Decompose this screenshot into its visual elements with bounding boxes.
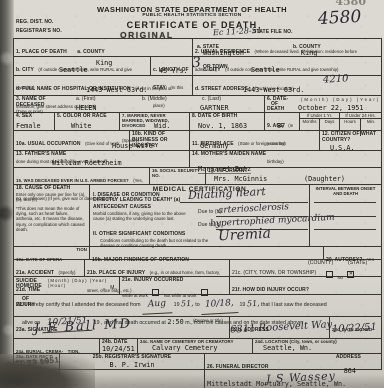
row-city-stay: b. CITY (If outside corporate limits, wr… [14,57,381,76]
funeral-address-label: ADDRESS [336,355,361,361]
cause-a-handwriting: Dilating heart [188,185,266,202]
citizen-label: 12. CITIZEN OF WHAT COUNTRY? [322,132,379,144]
row-hospital-street: d. FULL NAME OF HOSPITAL OR INSTITUTION … [14,76,381,96]
field-ssn: 16. SOCIAL SECURITY NO. [150,168,206,184]
field-birthplace: 11. BIRTHPLACE (State or foreign country… [190,131,320,150]
field-usual-residence: 2. USUAL RESIDENCE (Where deceased lived… [193,39,381,56]
cause-note: *This does not mean the mode of dying, s… [16,206,87,232]
row-cause-of-death: 18. CAUSE OF DEATH Enter only one cause … [14,185,381,247]
field-occupation: 10a. USUAL OCCUPATION (Give kind of work… [14,131,130,150]
armed-label: 15. WAS DECEASED EVER IN U.S. ARMED FORC… [16,178,129,183]
field-race: 5. COLOR OR RACE White [55,113,120,130]
row-accident-place: 21a. ACCIDENT (Specify) SUICIDE HOMICIDE… [14,260,381,277]
certify-text-1: I hereby certify that I attended the dec… [25,302,140,308]
certify-from-year: 51, [181,296,195,312]
field-father-name: 13. FATHER'S NAME William Roetzheim [14,151,190,167]
hospital-value: 1443-West 63rd. [86,87,147,94]
marital-value: Wid. [154,123,170,130]
field-hospital: d. FULL NAME OF HOSPITAL OR INSTITUTION … [14,76,193,95]
field-how-injury: 21f. HOW DID INJURY OCCUR? [230,277,381,294]
certificate-form: 1. PLACE OF DEATH a. COUNTY King 2. USUA… [13,38,382,370]
field-informant: 17. INFORMANT Mrs. McGinnis (Daughter) [206,168,381,184]
name-last-value: GARTNER [200,105,229,112]
name-middle-label: b. (Middle) [142,97,167,103]
name-label: 3. NAME OF DECEASED [16,97,68,109]
city-label: b. CITY [16,67,34,73]
accident-label: 21a. ACCIDENT [16,270,54,276]
informant-value: Mrs. McGinnis [214,176,267,183]
field-cemetery: 24c. NAME OF CEMETERY OR CREMATORY Calva… [138,339,253,353]
field-accident: 21a. ACCIDENT (Specify) SUICIDE HOMICIDE [14,260,85,276]
row-signature: 23a. SIGNATURE (Degree or title) J F Bal… [14,317,381,339]
field-citizen: 12. CITIZEN OF WHAT COUNTRY? U.S.A. [320,131,381,150]
residence-state-value: Washington [203,50,244,57]
age-value: 87 [277,123,285,130]
physician-address-handwriting: 6311 Roosevelt Way [230,319,333,335]
injury-state-label: (STATE) [348,261,367,267]
location-value: Seattle, Wn. [263,345,379,352]
certify-to-handwriting: 10/18, [201,295,239,315]
sex-value: Female [16,123,52,130]
row-occupation-birthplace: 10a. USUAL OCCUPATION (Give kind of work… [14,131,381,151]
field-injury-citytown: 21c. (CITY, TOWN, OR TOWNSHIP) (COUNTY) … [230,260,381,276]
row-certification: 22. I hereby certify that I attended the… [14,295,381,317]
race-value: White [71,123,117,130]
antecedent-sub: Morbid conditions, if any, giving rise t… [93,211,191,221]
row-injury-time-how: 21d. TIME (Month) (Day) (Year) (Hour) OF… [14,277,381,295]
field-age-under24: If Under 24 Hrs. Hours Min. [340,113,381,130]
field-armed-forces: 15. WAS DECEASED EVER IN U.S. ARMED FORC… [14,168,150,184]
field-autopsy: 20. AUTOPSY? Yes No ✕ [324,247,381,259]
physician-signature-handwriting: J F Ball MD [34,316,133,336]
other-significant-label: II. OTHER SIGNIFICANT CONDITIONS [93,232,185,238]
date-signed-handwriting: 10/22/51 [332,322,377,335]
field-dob: 8. DATE OF BIRTH Nov. 1, 1863 [190,113,265,130]
cause-a-line [180,202,308,203]
ssn-label: 16. SOCIAL SECURITY NO. [152,169,203,179]
scan-shadow-bottom [0,374,384,388]
res-city-or-town: OR TOWN [203,65,228,71]
street-value: 1443-West 63rd. [243,87,304,94]
certify-text-2: 19 [174,302,180,308]
field-marital: 7. MARRIED, NEVER MARRIED, WIDOWED, DIVO… [120,113,190,130]
row-operation-autopsy: 19a. DATE OF OPERA- TION 19b. MAJOR FIND… [14,247,381,260]
occupation-value: House wife [112,143,153,150]
antecedent-label: ANTECEDENT CAUSES [93,205,151,211]
death-certificate-scan: 4580 WASHINGTON STATE DEPARTMENT OF HEAL… [0,0,384,388]
field-time-of-injury: 21d. TIME (Month) (Day) (Year) (Hour) OF… [14,277,120,294]
row-burial: 24a. BURIAL, CREMA- TION, REMOVAL (Speci… [14,339,381,354]
how-injury-label: 21f. HOW DID INJURY OCCUR? [232,287,309,293]
res-city-value: Seattle [251,67,280,74]
injury-time-m: M. [110,286,116,292]
field-sex: 4. SEX Female [14,113,55,130]
burial-date-value: 10/24/51 [102,346,135,353]
race-label: 5. COLOR OR RACE [57,114,117,120]
father-value: William Roetzheim [52,160,187,167]
field-physician-address: 23b. ADDRESS 6311 Roosevelt Way [230,317,330,338]
field-place-of-death: 1. PLACE OF DEATH a. COUNTY King [14,39,193,56]
accident-paren: (Specify) [59,270,76,275]
injury-county-label: (COUNTY) [308,261,333,267]
dod-label-3: DEATH [267,107,293,112]
other-condition-handwriting: Uremia [218,226,272,245]
informant-relation: (Daughter) [304,176,345,183]
field-physician-signature: 23a. SIGNATURE (Degree or title) J F Bal… [14,317,230,338]
mother-label: 14. MOTHER'S MAIDEN NAME [192,152,379,158]
place-county-label: a. COUNTY [77,49,105,55]
registrar-no-label: REGISTRAR'S NO. [16,29,62,35]
row-name-dod: 3. NAME OF DECEASED (Type or print) a. (… [14,96,381,113]
state-file-label: STATE FILE NO. [253,30,293,36]
row-sex-race-age: 4. SEX Female 5. COLOR OR RACE White 7. … [14,113,381,131]
interval-label: INTERVAL BETWEEN ONSET AND DEATH [312,186,379,196]
field-mother-name: 14. MOTHER'S MAIDEN NAME Margaret Betz [190,151,381,167]
cause-b-handwriting: arteriosclerosis [218,202,289,216]
dob-value: Nov. 1, 1863 [198,123,262,130]
field-age-under1: If Under 1 Yr. Months Days [300,113,340,130]
res-city-paren: (If outside corporate limits, write RURA… [225,67,338,72]
cause-sub: Enter only one cause per line for (a), (… [16,192,87,202]
stay-value: 45 Yrs. [159,68,188,75]
field-certification-statement: 22. I hereby certify that I attended the… [14,295,381,316]
opdate-label-2: TION [76,248,87,253]
disease-label-2: DIRECTLY LEADING TO DEATH* (a) [93,198,180,203]
dod-columns: (Month) (Day) (Year) [301,97,380,102]
field-name-of-deceased: 3. NAME OF DECEASED (Type or print) a. (… [14,96,265,112]
injury-time-cols: (Month) (Day) (Year) (Hour) [48,278,119,288]
degree-title-label: (Degree or title) [193,318,223,323]
certify-text-3: to [195,302,199,308]
reg-dist-label: REG. DIST. NO. [16,20,54,26]
sex-label: 4. SEX [16,114,52,120]
residence-county-value: King [301,50,317,57]
interval-line-3 [314,229,376,230]
street-handwritten-number: 4210 [323,73,349,85]
dob-label: 8. DATE OF BIRTH [192,114,262,120]
field-operation-findings: 19b. MAJOR FINDINGS OF OPERATION [90,247,324,259]
birthplace-paren: (State or foreign country) [238,141,286,146]
place-label: 1. PLACE OF DEATH [16,49,67,55]
field-injury-occurred: 21e. INJURY OCCURRED While at work Not w… [120,277,230,294]
field-burial-location: 24d. LOCATION (City, town, or county) Se… [253,339,381,353]
field-street-address: d. STREET ADDRESS (If rural, give locati… [193,76,381,95]
field-burial-type: 24a. BURIAL, CREMA- TION, REMOVAL (Speci… [14,339,100,353]
certify-text-4: 19 [239,302,245,308]
interval-line-1 [314,202,376,203]
injury-city-label: 21c. (CITY, TOWN, OR TOWNSHIP) [232,270,316,276]
dod-value: October 22, 1951 [298,105,363,112]
injury-place-label: 21b. PLACE OF INJURY [87,270,145,276]
field-place-of-injury: 21b. PLACE OF INJURY (e.g., in or about … [85,260,230,276]
certify-from-handwriting: Aug [142,295,173,315]
father-label: 13. FATHER'S NAME [16,152,187,158]
name-first-value: HELEN [76,105,96,112]
city-value: Seattle [59,67,88,74]
field-cause-sidebar: 18. CAUSE OF DEATH Enter only one cause … [14,185,90,246]
field-length-of-stay: c. LENGTH OF STAY (In this place) 45 Yrs… [151,57,193,75]
street-label: d. STREET ADDRESS [195,86,248,92]
field-date-of-death: 6. DATE- OF DEATH (Month) (Day) (Year) O… [265,96,381,112]
row-armed-ssn-informant: 15. WAS DECEASED EVER IN U.S. ARMED FORC… [14,168,381,185]
injury-time-label: 21d. TIME [16,287,40,293]
name-first-label: a. (First) [76,97,96,103]
informant-label: 17. INFORMANT [208,169,379,175]
occupation-label: 10a. USUAL OCCUPATION [16,141,81,147]
cemetery-value: Calvary Cemetery [152,345,250,352]
certify-to-year: 51, [246,296,260,312]
birthplace-value: Germany [200,143,229,150]
injury-occurred-label: 21e. INJURY OCCURRED [122,278,227,284]
field-medical-certification: MEDICAL CERTIFICATION I. DISEASE OR COND… [90,185,310,246]
row-father-mother: 13. FATHER'S NAME William Roetzheim 14. … [14,151,381,168]
field-city-of-death: b. CITY (If outside corporate limits, wr… [14,57,151,75]
name-last-label: c. (Last) [202,97,221,103]
margin-handwriting: 3 [192,55,202,71]
field-residence-city: 3 c. CITY (If outside corporate limits, … [193,57,381,75]
certify-text-5: that I last saw the deceased [261,302,327,308]
field-age: 9. AGE (In years last birthday) 87 [265,113,300,130]
state-file-number: 4580 [318,7,362,29]
field-burial-date: 24b. DATE 10/24/51 [100,339,138,353]
field-date-signed: 23c. DATE SIGNED 10/22/51 [330,317,381,338]
scan-edge-left [0,0,14,388]
field-date-of-operation: 19a. DATE OF OPERA- TION [14,247,90,259]
funeral-director-label: 26. FUNERAL DIRECTOR [207,364,269,370]
certify-number: 22. [16,302,24,308]
